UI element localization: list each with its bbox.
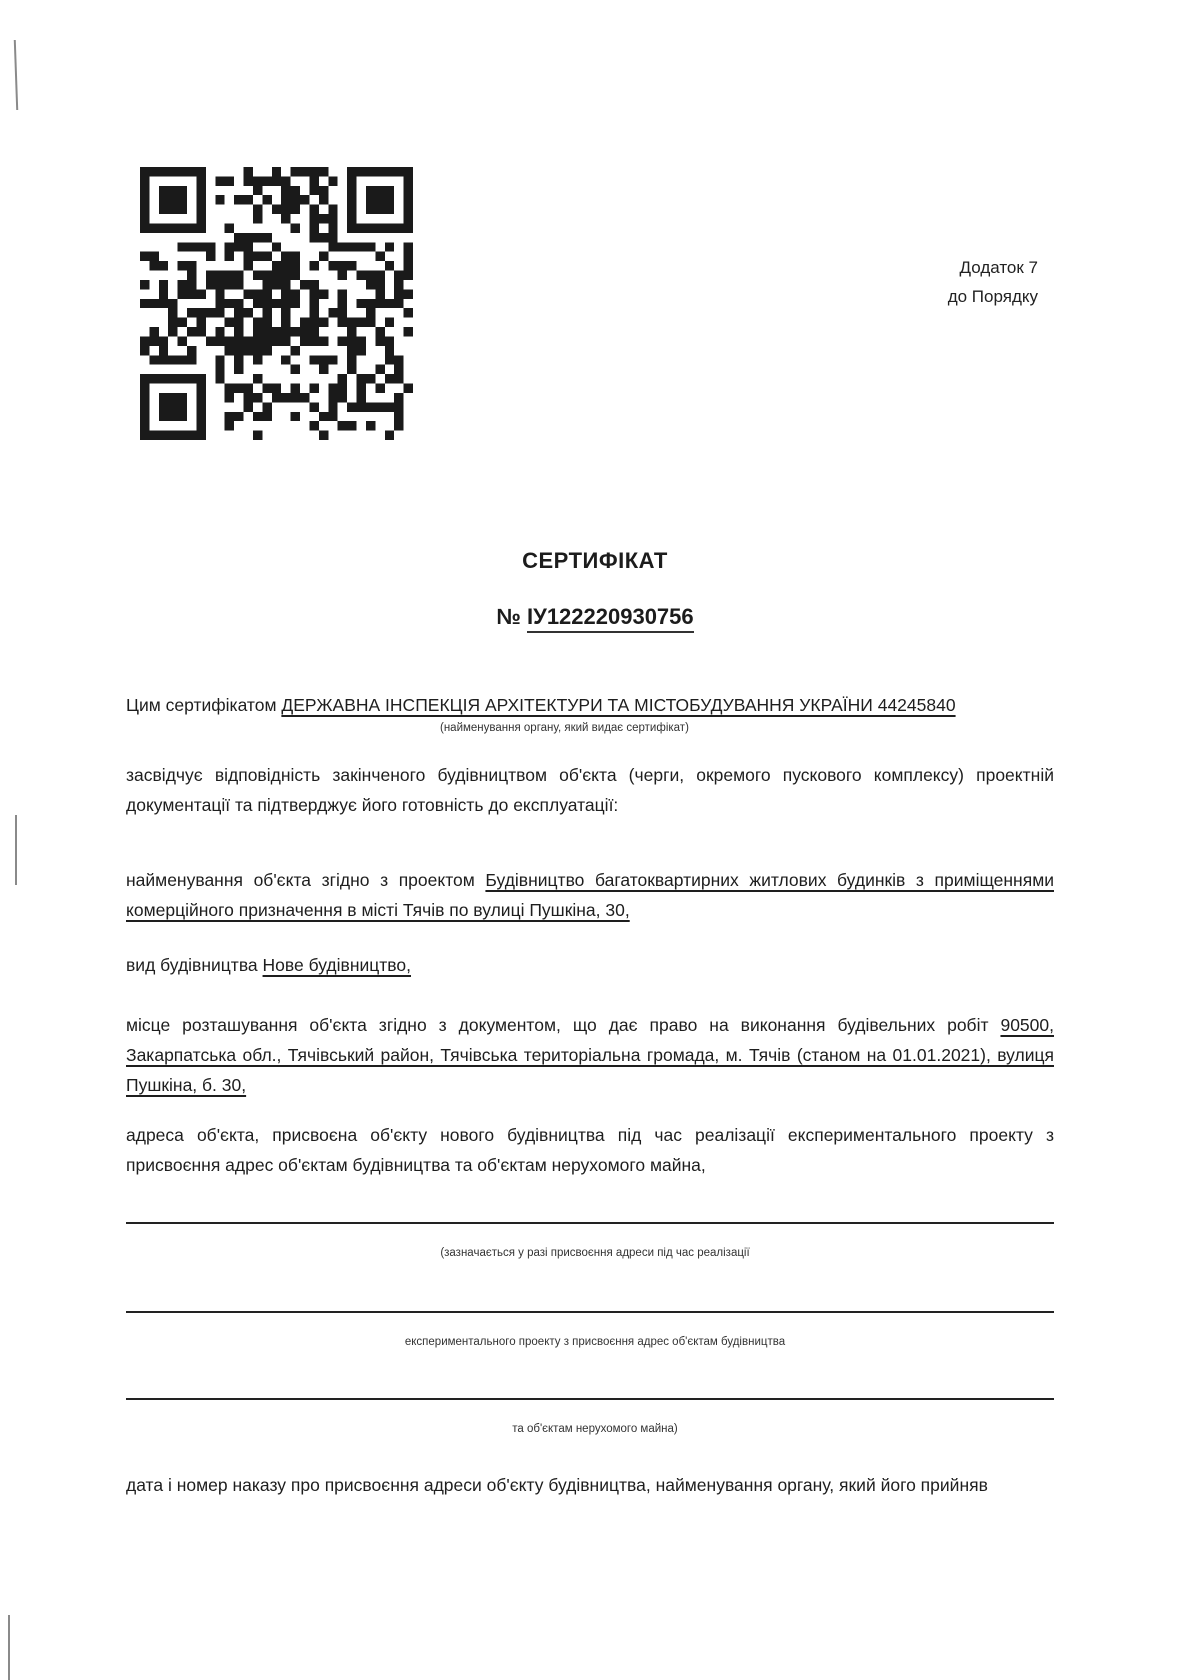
blank-line [126, 1311, 1054, 1313]
construction-type-value: Нове будівництво, [263, 955, 411, 975]
assigned-address-label: адреса об'єкта, присвоєна об'єкту нового… [126, 1120, 1054, 1180]
object-name: найменування об'єкта згідно з проектом Б… [126, 865, 1054, 925]
location: місце розташування об'єкта згідно з доку… [126, 1010, 1054, 1100]
construction-type-label: вид будівництва [126, 955, 258, 975]
scan-mark [14, 40, 18, 110]
appendix-reference: Додаток 7 до Порядку [948, 253, 1038, 311]
qr-code-icon [140, 167, 413, 440]
address-note-2: експериментального проекту з присвоєння … [0, 1336, 1190, 1348]
certificate-number-value: ІУ122220930756 [527, 604, 694, 633]
address-note-1: (зазначається у разі присвоєння адреси п… [0, 1247, 1190, 1259]
issuer-line: Цим сертифікатом ДЕРЖАВНА ІНСПЕКЦІЯ АРХІ… [126, 690, 1054, 720]
blank-line [126, 1222, 1054, 1224]
location-label: місце розташування об'єкта згідно з доку… [126, 1015, 989, 1035]
object-name-label: найменування об'єкта згідно з проектом [126, 870, 475, 890]
appendix-procedure: до Порядку [948, 282, 1038, 311]
certificate-title: СЕРТИФІКАТ [0, 548, 1190, 574]
blank-line [126, 1398, 1054, 1400]
address-note-3: та об'єктам нерухомого майна) [0, 1423, 1190, 1435]
construction-type: вид будівництва Нове будівництво, [126, 950, 1054, 980]
order-info-label: дата і номер наказу про присвоєння адрес… [126, 1470, 1054, 1500]
issuer-value: ДЕРЖАВНА ІНСПЕКЦІЯ АРХІТЕКТУРИ ТА МІСТОБ… [281, 695, 955, 715]
issuer-note: (найменування органу, який видає сертифі… [440, 722, 689, 734]
attestation-text: засвідчує відповідність закінченого буді… [126, 760, 1054, 820]
issuer-label: Цим сертифікатом [126, 695, 277, 715]
scan-mark [8, 1615, 10, 1680]
appendix-number: Додаток 7 [948, 253, 1038, 282]
scan-mark [15, 815, 17, 885]
certificate-number: № ІУ122220930756 [0, 604, 1190, 630]
number-sign: № [496, 604, 521, 629]
